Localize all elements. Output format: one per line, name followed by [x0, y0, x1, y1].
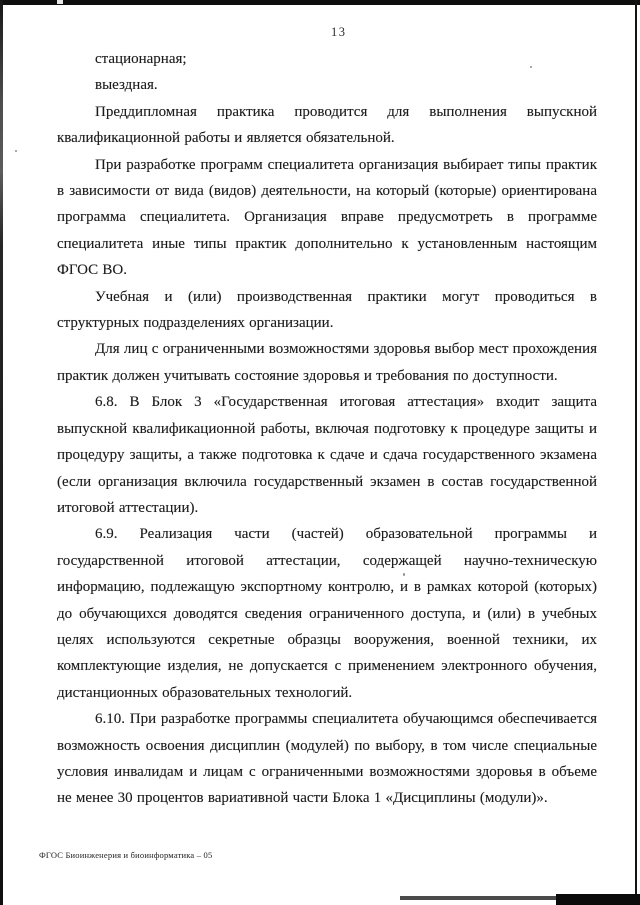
paragraph-practice-type-stationary: стационарная; [57, 46, 597, 72]
paragraph-section-6-8: 6.8. В Блок 3 «Государственная итоговая … [57, 389, 597, 521]
paragraph-section-6-9: 6.9. Реализация части (частей) образоват… [57, 521, 597, 706]
scan-artifact-top-edge [0, 0, 640, 5]
paragraph-section-6-10: 6.10. При разработке программы специалит… [57, 706, 597, 812]
footer-document-code: ФГОС Биоинженерия и биоинформатика – 05 [39, 850, 212, 860]
page-number: 13 [331, 25, 347, 40]
document-page: 13 стационарная; выездная. Преддипломная… [0, 0, 640, 905]
scan-artifact-top-notch [57, 0, 63, 4]
paragraph-practice-types-selection: При разработке программ специалитета орг… [57, 152, 597, 284]
document-body: стационарная; выездная. Преддипломная пр… [57, 46, 597, 812]
scan-artifact-bottom-corner [556, 894, 640, 905]
paragraph-disabilities-practice: Для лиц с ограниченными возможностями зд… [57, 336, 597, 389]
scan-speck [15, 150, 17, 152]
scan-artifact-left-edge [0, 0, 3, 905]
scan-artifact-right-edge [635, 0, 637, 905]
paragraph-practice-locations: Учебная и (или) производственная практик… [57, 284, 597, 337]
paragraph-practice-type-field: выездная. [57, 72, 597, 98]
paragraph-pre-diploma-practice: Преддипломная практика проводится для вы… [57, 99, 597, 152]
